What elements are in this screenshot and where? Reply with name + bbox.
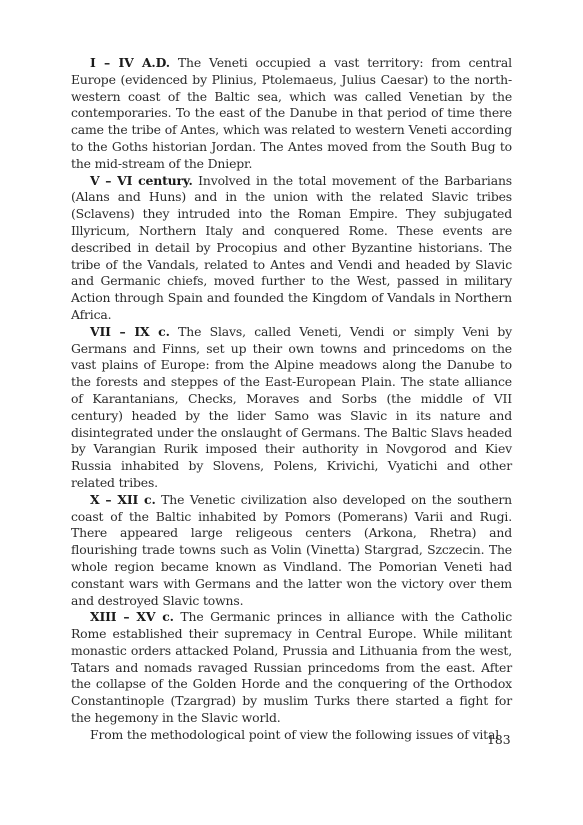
paragraph-i-iv-ad: I – IV A.D. The Veneti occupied a vast t…: [71, 55, 512, 173]
paragraph-text: Involved in the total movement of the Ba…: [71, 173, 512, 322]
paragraph-text: The Slavs, called Veneti, Vendi or simpl…: [71, 324, 512, 490]
paragraph-text: The Veneti occupied a vast territory: fr…: [71, 55, 512, 171]
paragraph-text: The Venetic civilization also developed …: [71, 492, 512, 608]
paragraph-vii-ix-c: VII – IX c. The Slavs, called Veneti, Ve…: [71, 324, 512, 492]
period-heading: X – XII c.: [90, 492, 156, 507]
period-heading: VII – IX c.: [90, 324, 170, 339]
paragraph-text: From the methodological point of view th…: [90, 727, 499, 742]
paragraph-x-xii-c: X – XII c. The Venetic civilization also…: [71, 492, 512, 610]
period-heading: XIII – XV c.: [90, 609, 174, 624]
period-heading: V – VI century.: [90, 173, 193, 188]
paragraph-v-vi-century: V – VI century. Involved in the total mo…: [71, 173, 512, 324]
page-body: I – IV A.D. The Veneti occupied a vast t…: [71, 55, 512, 744]
paragraph-methodological: From the methodological point of view th…: [71, 727, 512, 744]
paragraph-xiii-xv-c: XIII – XV c. The Germanic princes in all…: [71, 609, 512, 727]
period-heading: I – IV A.D.: [90, 55, 170, 70]
page-number: 183: [487, 732, 511, 747]
paragraph-text: The Germanic princes in alliance with th…: [71, 609, 512, 725]
